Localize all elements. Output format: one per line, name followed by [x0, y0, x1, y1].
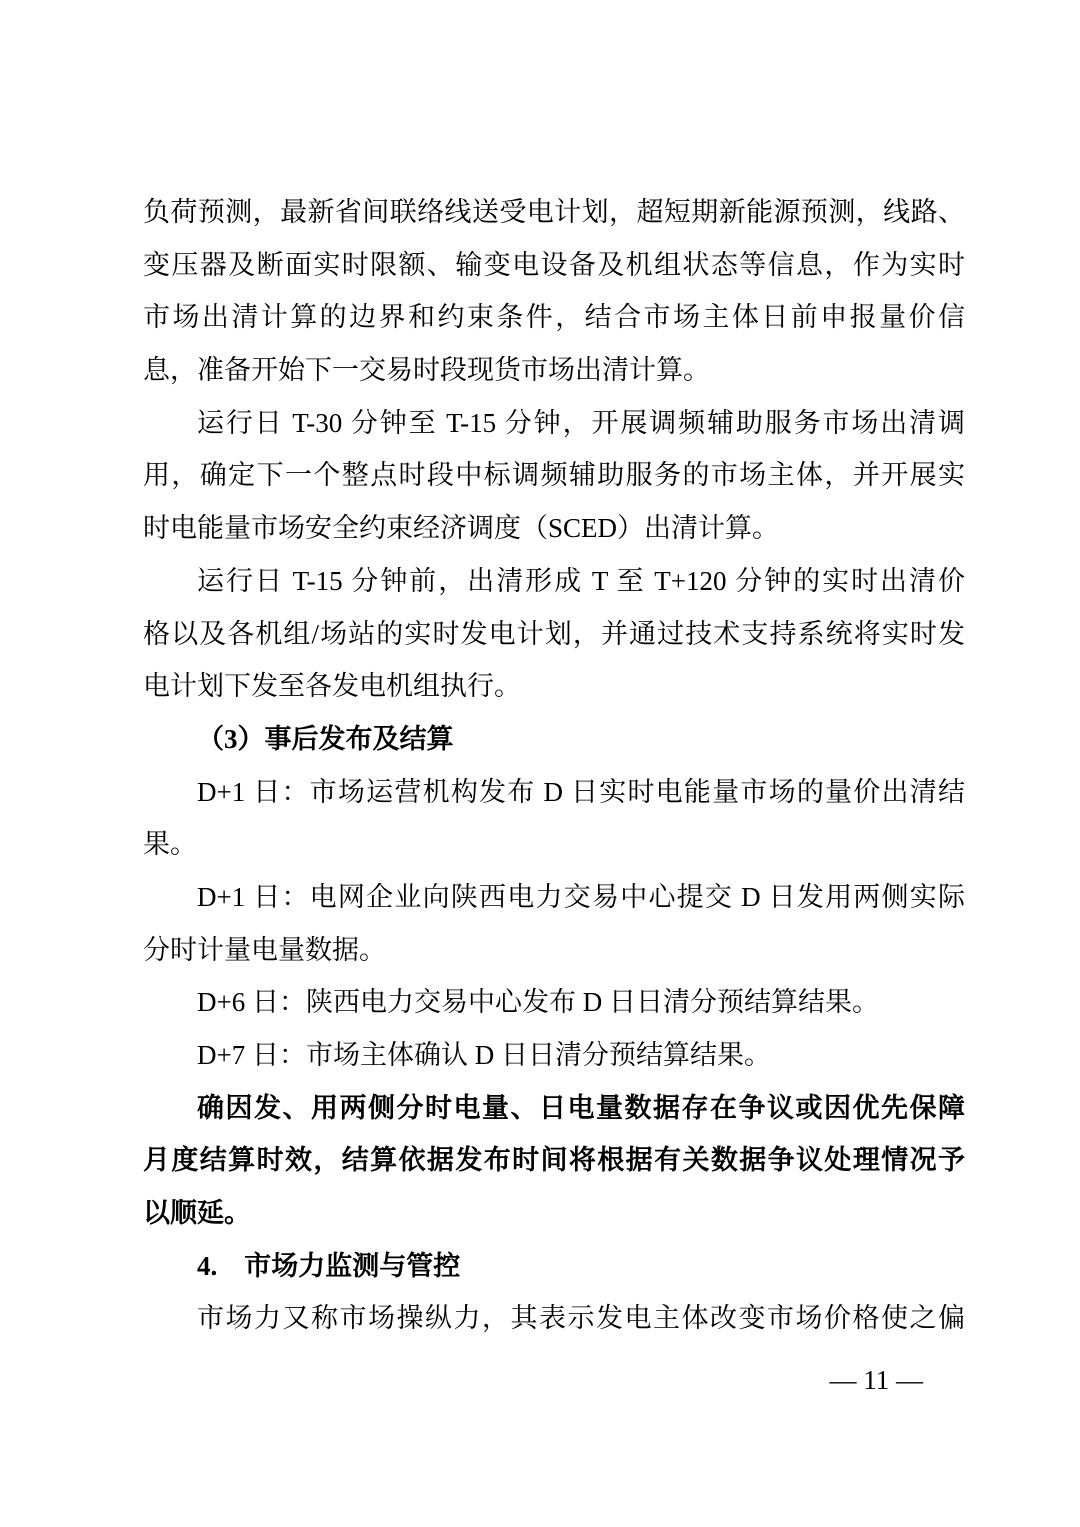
text-line: D+6 日：陕西电力交易中心发布 D 日日清分预结算结果。 — [143, 976, 965, 1029]
text-line: 变压器及断面实时限额、输变电设备及机组状态等信息，作为实时 — [143, 239, 965, 292]
text-line: 以顺延。 — [143, 1187, 965, 1240]
text-line: 运行日 T-15 分钟前，出清形成 T 至 T+120 分钟的实时出清价 — [143, 555, 965, 608]
section-heading-paragraph: （3）事后发布及结算 — [143, 713, 965, 766]
text-line: 市场力又称市场操纵力，其表示发电主体改变市场价格使之偏 — [143, 1292, 965, 1345]
text-line: 负荷预测，最新省间联络线送受电计划，超短期新能源预测，线路、 — [143, 186, 965, 239]
heading-line: 4. 市场力监测与管控 — [143, 1240, 965, 1293]
text-line: 果。 — [143, 818, 965, 871]
text-line: D+1 日：市场运营机构发布 D 日实时电能量市场的量价出清结 — [143, 766, 965, 819]
section-heading-paragraph: 4. 市场力监测与管控 — [143, 1240, 965, 1293]
text-line: 运行日 T-30 分钟至 T-15 分钟，开展调频辅助服务市场出清调 — [143, 397, 965, 450]
text-line: 电计划下发至各发电机组执行。 — [143, 660, 965, 713]
text-line: 月度结算时效，结算依据发布时间将根据有关数据争议处理情况予 — [143, 1134, 965, 1187]
text-line: D+7 日：市场主体确认 D 日日清分预结算结果。 — [143, 1029, 965, 1082]
text-line: D+1 日：电网企业向陕西电力交易中心提交 D 日发用两侧实际 — [143, 871, 965, 924]
page-number: — 11 — — [830, 1360, 924, 1400]
paragraph: 负荷预测，最新省间联络线送受电计划，超短期新能源预测，线路、变压器及断面实时限额… — [143, 186, 965, 397]
text-line: 市场出清计算的边界和约束条件，结合市场主体日前申报量价信 — [143, 291, 965, 344]
text-line: 息，准备开始下一交易时段现货市场出清计算。 — [143, 344, 965, 397]
text-line: 分时计量电量数据。 — [143, 924, 965, 977]
paragraph: D+6 日：陕西电力交易中心发布 D 日日清分预结算结果。 — [143, 976, 965, 1029]
text-line: 确因发、用两侧分时电量、日电量数据存在争议或因优先保障 — [143, 1082, 965, 1135]
text-line: 格以及各机组/场站的实时发电计划，并通过技术支持系统将实时发 — [143, 608, 965, 661]
heading-line: （3）事后发布及结算 — [143, 713, 965, 766]
paragraph: D+1 日：市场运营机构发布 D 日实时电能量市场的量价出清结果。 — [143, 766, 965, 871]
document-body: 负荷预测，最新省间联络线送受电计划，超短期新能源预测，线路、变压器及断面实时限额… — [143, 186, 965, 1345]
paragraph: 运行日 T-30 分钟至 T-15 分钟，开展调频辅助服务市场出清调用，确定下一… — [143, 397, 965, 555]
paragraph: 确因发、用两侧分时电量、日电量数据存在争议或因优先保障月度结算时效，结算依据发布… — [143, 1082, 965, 1240]
text-line: 用，确定下一个整点时段中标调频辅助服务的市场主体，并开展实 — [143, 449, 965, 502]
text-line: 时电能量市场安全约束经济调度（SCED）出清计算。 — [143, 502, 965, 555]
paragraph: 市场力又称市场操纵力，其表示发电主体改变市场价格使之偏 — [143, 1292, 965, 1345]
paragraph: D+1 日：电网企业向陕西电力交易中心提交 D 日发用两侧实际分时计量电量数据。 — [143, 871, 965, 976]
paragraph: D+7 日：市场主体确认 D 日日清分预结算结果。 — [143, 1029, 965, 1082]
document-page: 负荷预测，最新省间联络线送受电计划，超短期新能源预测，线路、变压器及断面实时限额… — [0, 0, 1080, 1527]
paragraph: 运行日 T-15 分钟前，出清形成 T 至 T+120 分钟的实时出清价格以及各… — [143, 555, 965, 713]
